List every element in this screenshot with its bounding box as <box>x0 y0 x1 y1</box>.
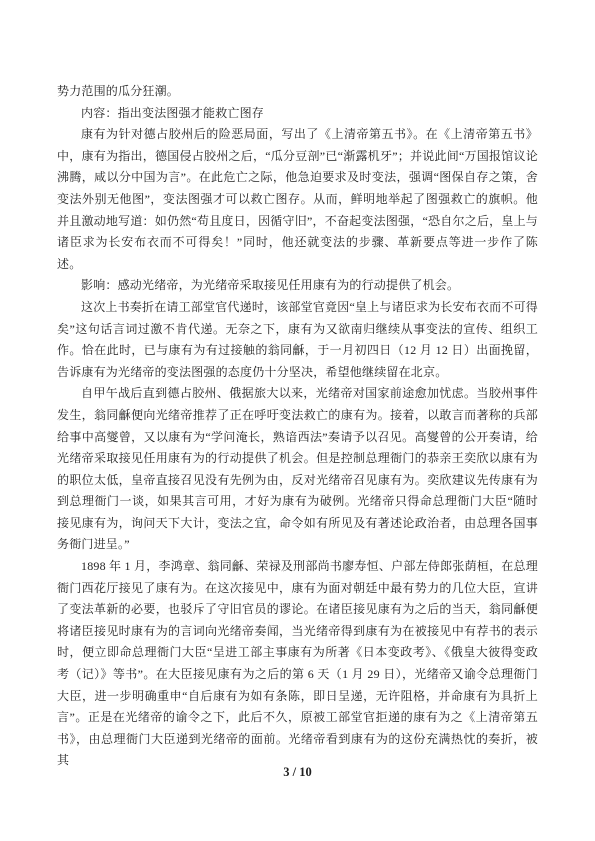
document-body: 势力范围的瓜分狂潮。内容：指出变法图强才能救亡图存康有为针对德占胶州后的险恶局面… <box>57 81 538 772</box>
paragraph: 康有为针对德占胶州后的险恶局面，写出了《上清帝第五书》。在《上清帝第五书》中，康… <box>57 124 538 275</box>
paragraph: 影响：感动光绪帝，为光绪帝采取接见任用康有为的行动提供了机会。 <box>57 275 538 297</box>
paragraph: 1898 年 1 月，李鸿章、翁同龢、荣禄及刑部尚书廖寿恒、户部左侍郎张荫桓，在… <box>57 556 538 772</box>
paragraph: 这次上书奏折在请工部堂官代递时，该部堂官竟因“皇上与诸臣求为长安布衣而不可得矣”… <box>57 297 538 383</box>
paragraph: 自甲午战后直到德占胶州、俄据旅大以来，光绪帝对国家前途愈加忧虑。当胶州事件发生，… <box>57 383 538 556</box>
page-number: 3 / 10 <box>0 763 595 781</box>
paragraph: 内容：指出变法图强才能救亡图存 <box>57 103 538 125</box>
paragraph: 势力范围的瓜分狂潮。 <box>57 81 538 103</box>
document-page: 势力范围的瓜分狂潮。内容：指出变法图强才能救亡图存康有为针对德占胶州后的险恶局面… <box>0 0 595 841</box>
